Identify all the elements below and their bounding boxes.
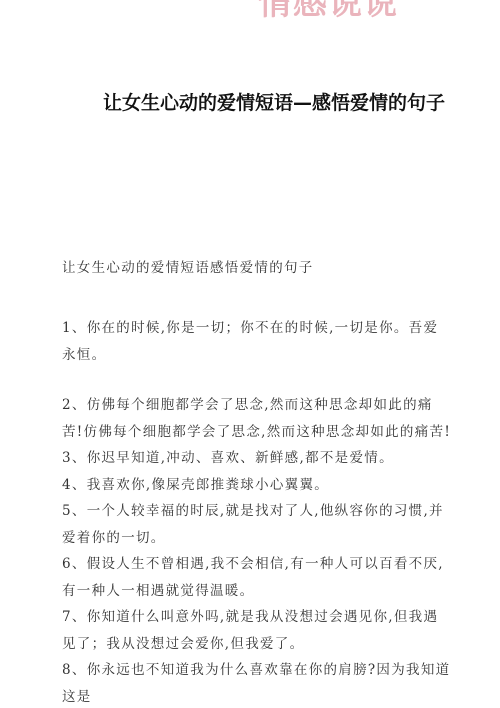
- list-item: 4、我喜欢你,像屎壳郎推粪球小心翼翼。: [62, 472, 452, 499]
- article-body: 让女生心动的爱情短语感悟爱情的句子 1、你在的时候,你是一切；你不在的时候,一切…: [62, 258, 452, 708]
- list-item: 6、假设人生不曾相遇,我不会相信,有一种人可以百看不厌,有一种人一相遇就觉得温暖…: [62, 551, 452, 604]
- list-item: 1、你在的时候,你是一切；你不在的时候,一切是你。吾爱永恒。: [62, 315, 452, 368]
- list-item: 5、一个人较幸福的时辰,就是找对了人,他纵容你的习惯,并爱着你的一切。: [62, 498, 452, 551]
- list-item: 8、你永远也不知道我为什么喜欢靠在你的肩膀?因为我知道这是: [62, 657, 452, 708]
- page-title: 让女生心动的爱情短语—感悟爱情的句子: [103, 88, 445, 115]
- list-item: 2、仿佛每个细胞都学会了思念,然而这种思念却如此的痛苦!仿佛每个细胞都学会了思念…: [62, 392, 452, 445]
- list-item: 3、你迟早知道,冲动、喜欢、新鲜感,都不是爱情。: [62, 445, 452, 472]
- list-item: 7、你知道什么叫意外吗,就是我从没想过会遇见你,但我遇见了；我从没想过会爱你,但…: [62, 604, 452, 657]
- article-subtitle: 让女生心动的爱情短语感悟爱情的句子: [62, 258, 452, 278]
- site-watermark: 情感说说: [258, 0, 398, 20]
